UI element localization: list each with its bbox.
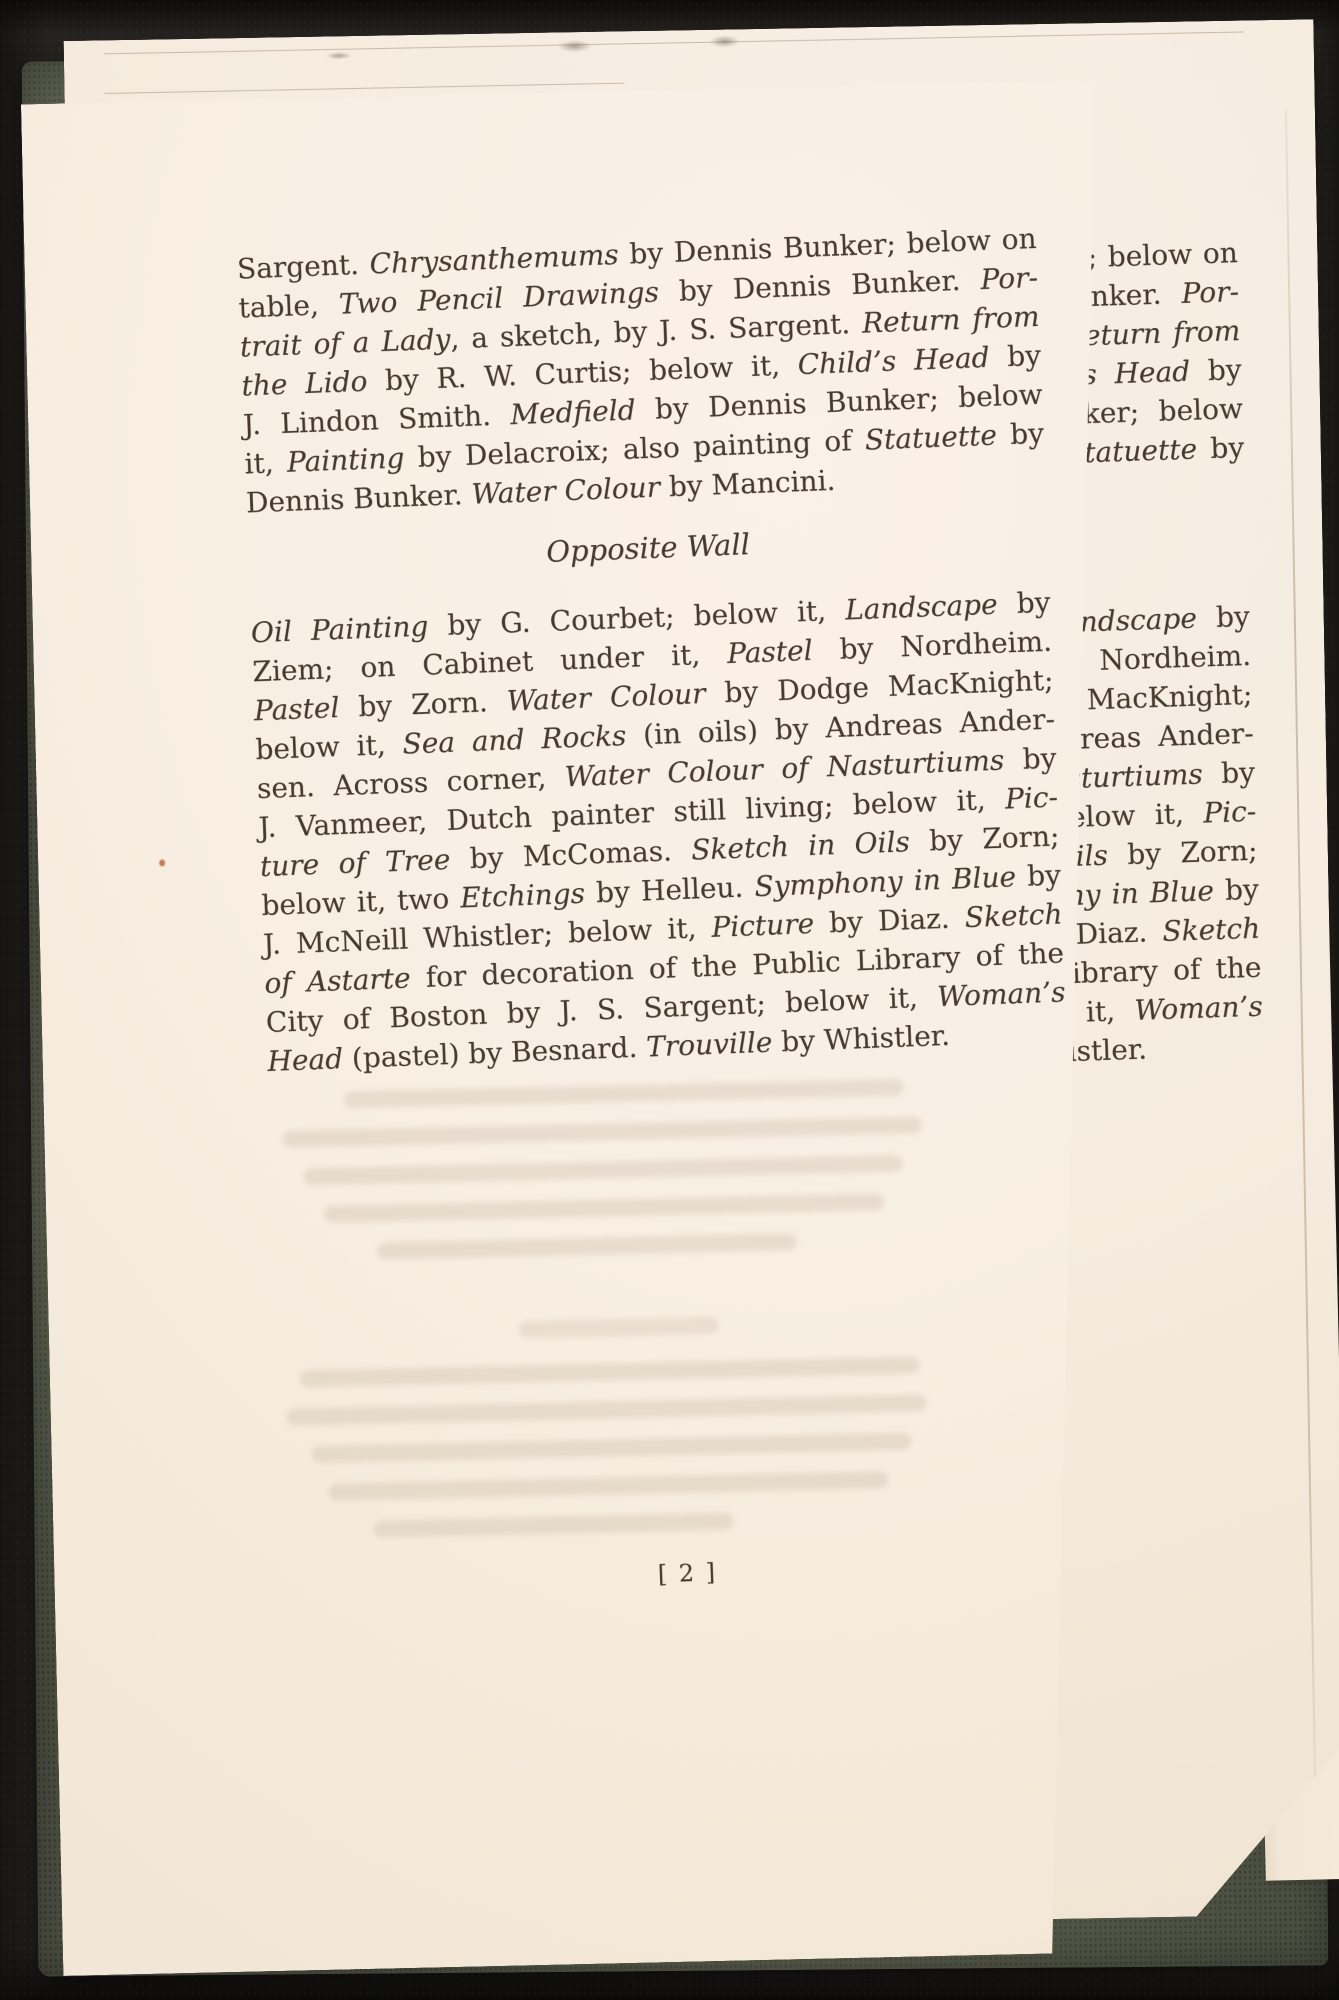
show-through-ghost-line xyxy=(300,1356,920,1387)
show-through-ghost-line xyxy=(303,1155,903,1186)
pencil-smudge xyxy=(558,40,592,53)
show-through-ghost-line xyxy=(328,1471,888,1501)
section-heading: Opposite Wall xyxy=(248,514,1049,584)
sheet-edge-line xyxy=(104,83,624,94)
main-page: Sargent. Chrysanthemums by Dennis Bunker… xyxy=(21,80,1138,1976)
wall-listing-paragraph: Sargent. Chrysanthemums by Dennis Bunker… xyxy=(236,219,1046,523)
sheet-edge-line xyxy=(104,31,1244,54)
scanned-catalogue-photo: Sargent. Chrysanthemums by Dennis Bunker… xyxy=(0,0,1339,2000)
main-page-text: Sargent. Chrysanthemums by Dennis Bunker… xyxy=(236,219,1067,1081)
page-number: [ 2 ] xyxy=(287,1539,1088,1609)
pencil-smudge xyxy=(326,52,352,59)
show-through-ghost-line xyxy=(324,1193,884,1223)
pencil-smudge xyxy=(710,35,740,48)
show-through-ghost-line xyxy=(311,1433,911,1464)
show-through-ghost-line xyxy=(343,1079,903,1109)
opposite-wall-paragraph: Oil Painting by G. Courbet; below it, La… xyxy=(250,583,1067,1081)
show-through-ghost-line xyxy=(373,1513,733,1538)
page-crease xyxy=(1285,110,1317,1810)
show-through-ghost-line xyxy=(377,1233,797,1260)
show-through-ghost-heading xyxy=(519,1317,719,1339)
show-through-ghost-line xyxy=(282,1116,922,1148)
show-through-ghost-line xyxy=(287,1394,927,1426)
ink-speck xyxy=(159,859,165,866)
